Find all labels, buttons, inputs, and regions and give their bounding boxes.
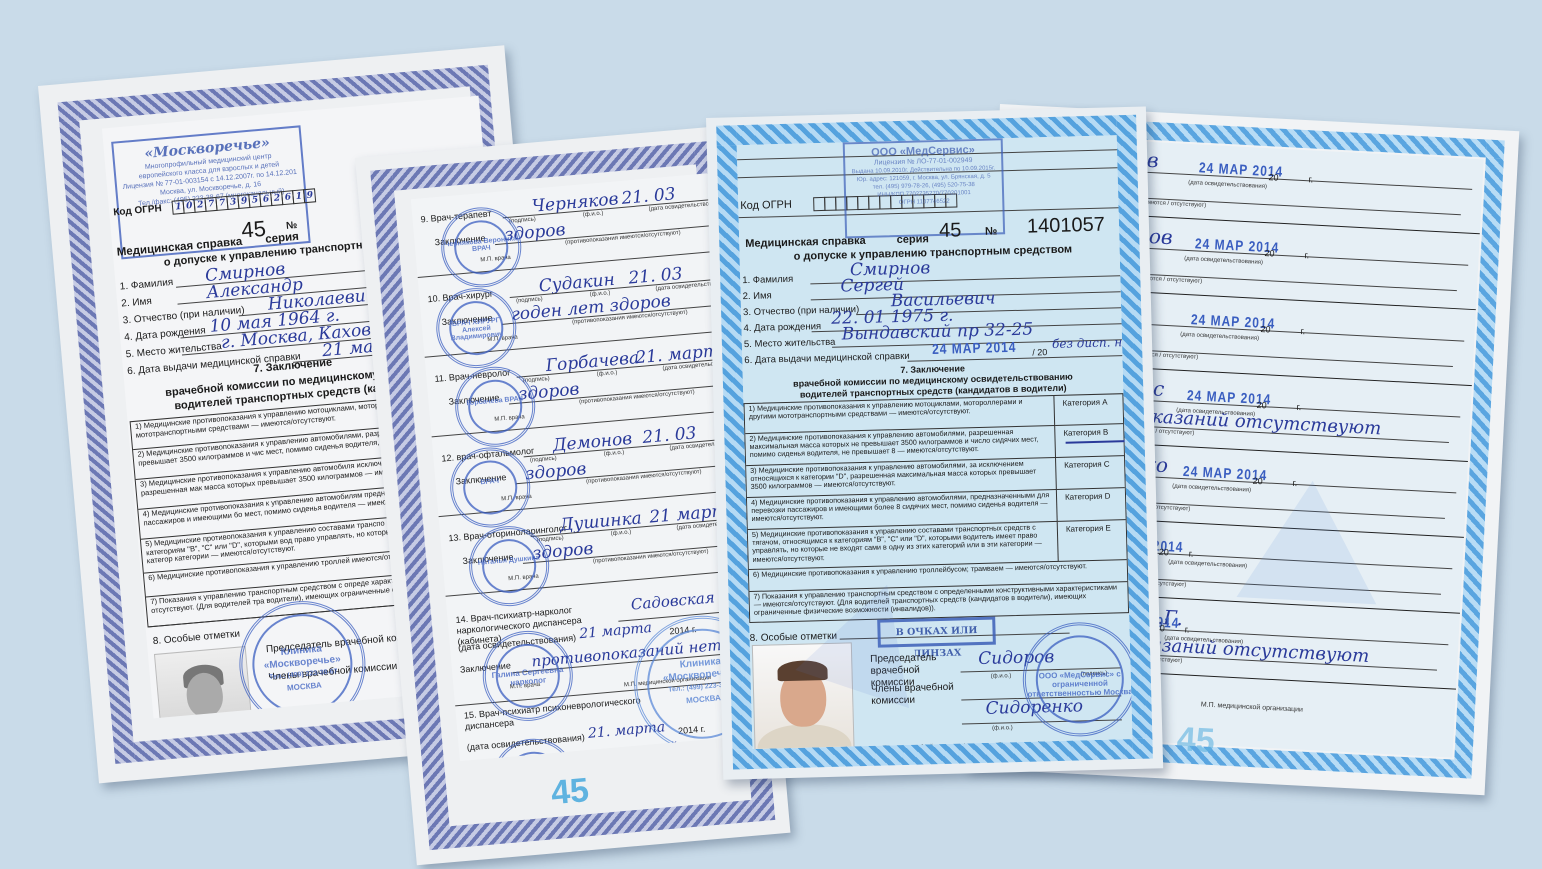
cert-title: Медицинская справка <box>745 235 866 250</box>
issue-date-stamp: 24 МАР 2014 <box>932 339 1017 358</box>
contraindications-table: 1) Медицинские противопоказания к управл… <box>743 393 1129 623</box>
series-watermark: 45 <box>549 771 590 813</box>
ogrn-label: Код ОГРН <box>740 199 792 212</box>
category-label: Категория А <box>1062 398 1107 408</box>
certificate-body: Код ОГРН ООО «МедСервис» Лицензия № ЛО-7… <box>737 135 1133 749</box>
doctor-name: Черняков <box>531 189 619 216</box>
category-label: Категория D <box>1065 492 1111 502</box>
series-watermark: 45 <box>1176 720 1216 761</box>
doctor-name: Горбачева <box>545 348 640 376</box>
ogrn-digit: 9 <box>303 188 316 203</box>
category-label: Категория С <box>1064 460 1110 470</box>
category-label: Категория В <box>1063 428 1108 438</box>
medservice-round-stamp: ООО «МедСервис» с ограниченной ответстве… <box>1021 621 1132 738</box>
license-triangle-stamp <box>1237 477 1383 604</box>
center-medical-certificate: Код ОГРН ООО «МедСервис» Лицензия № ЛО-7… <box>706 106 1163 779</box>
certificate-number: 1401057 <box>1027 213 1120 237</box>
category-label: Категория Е <box>1066 524 1111 534</box>
